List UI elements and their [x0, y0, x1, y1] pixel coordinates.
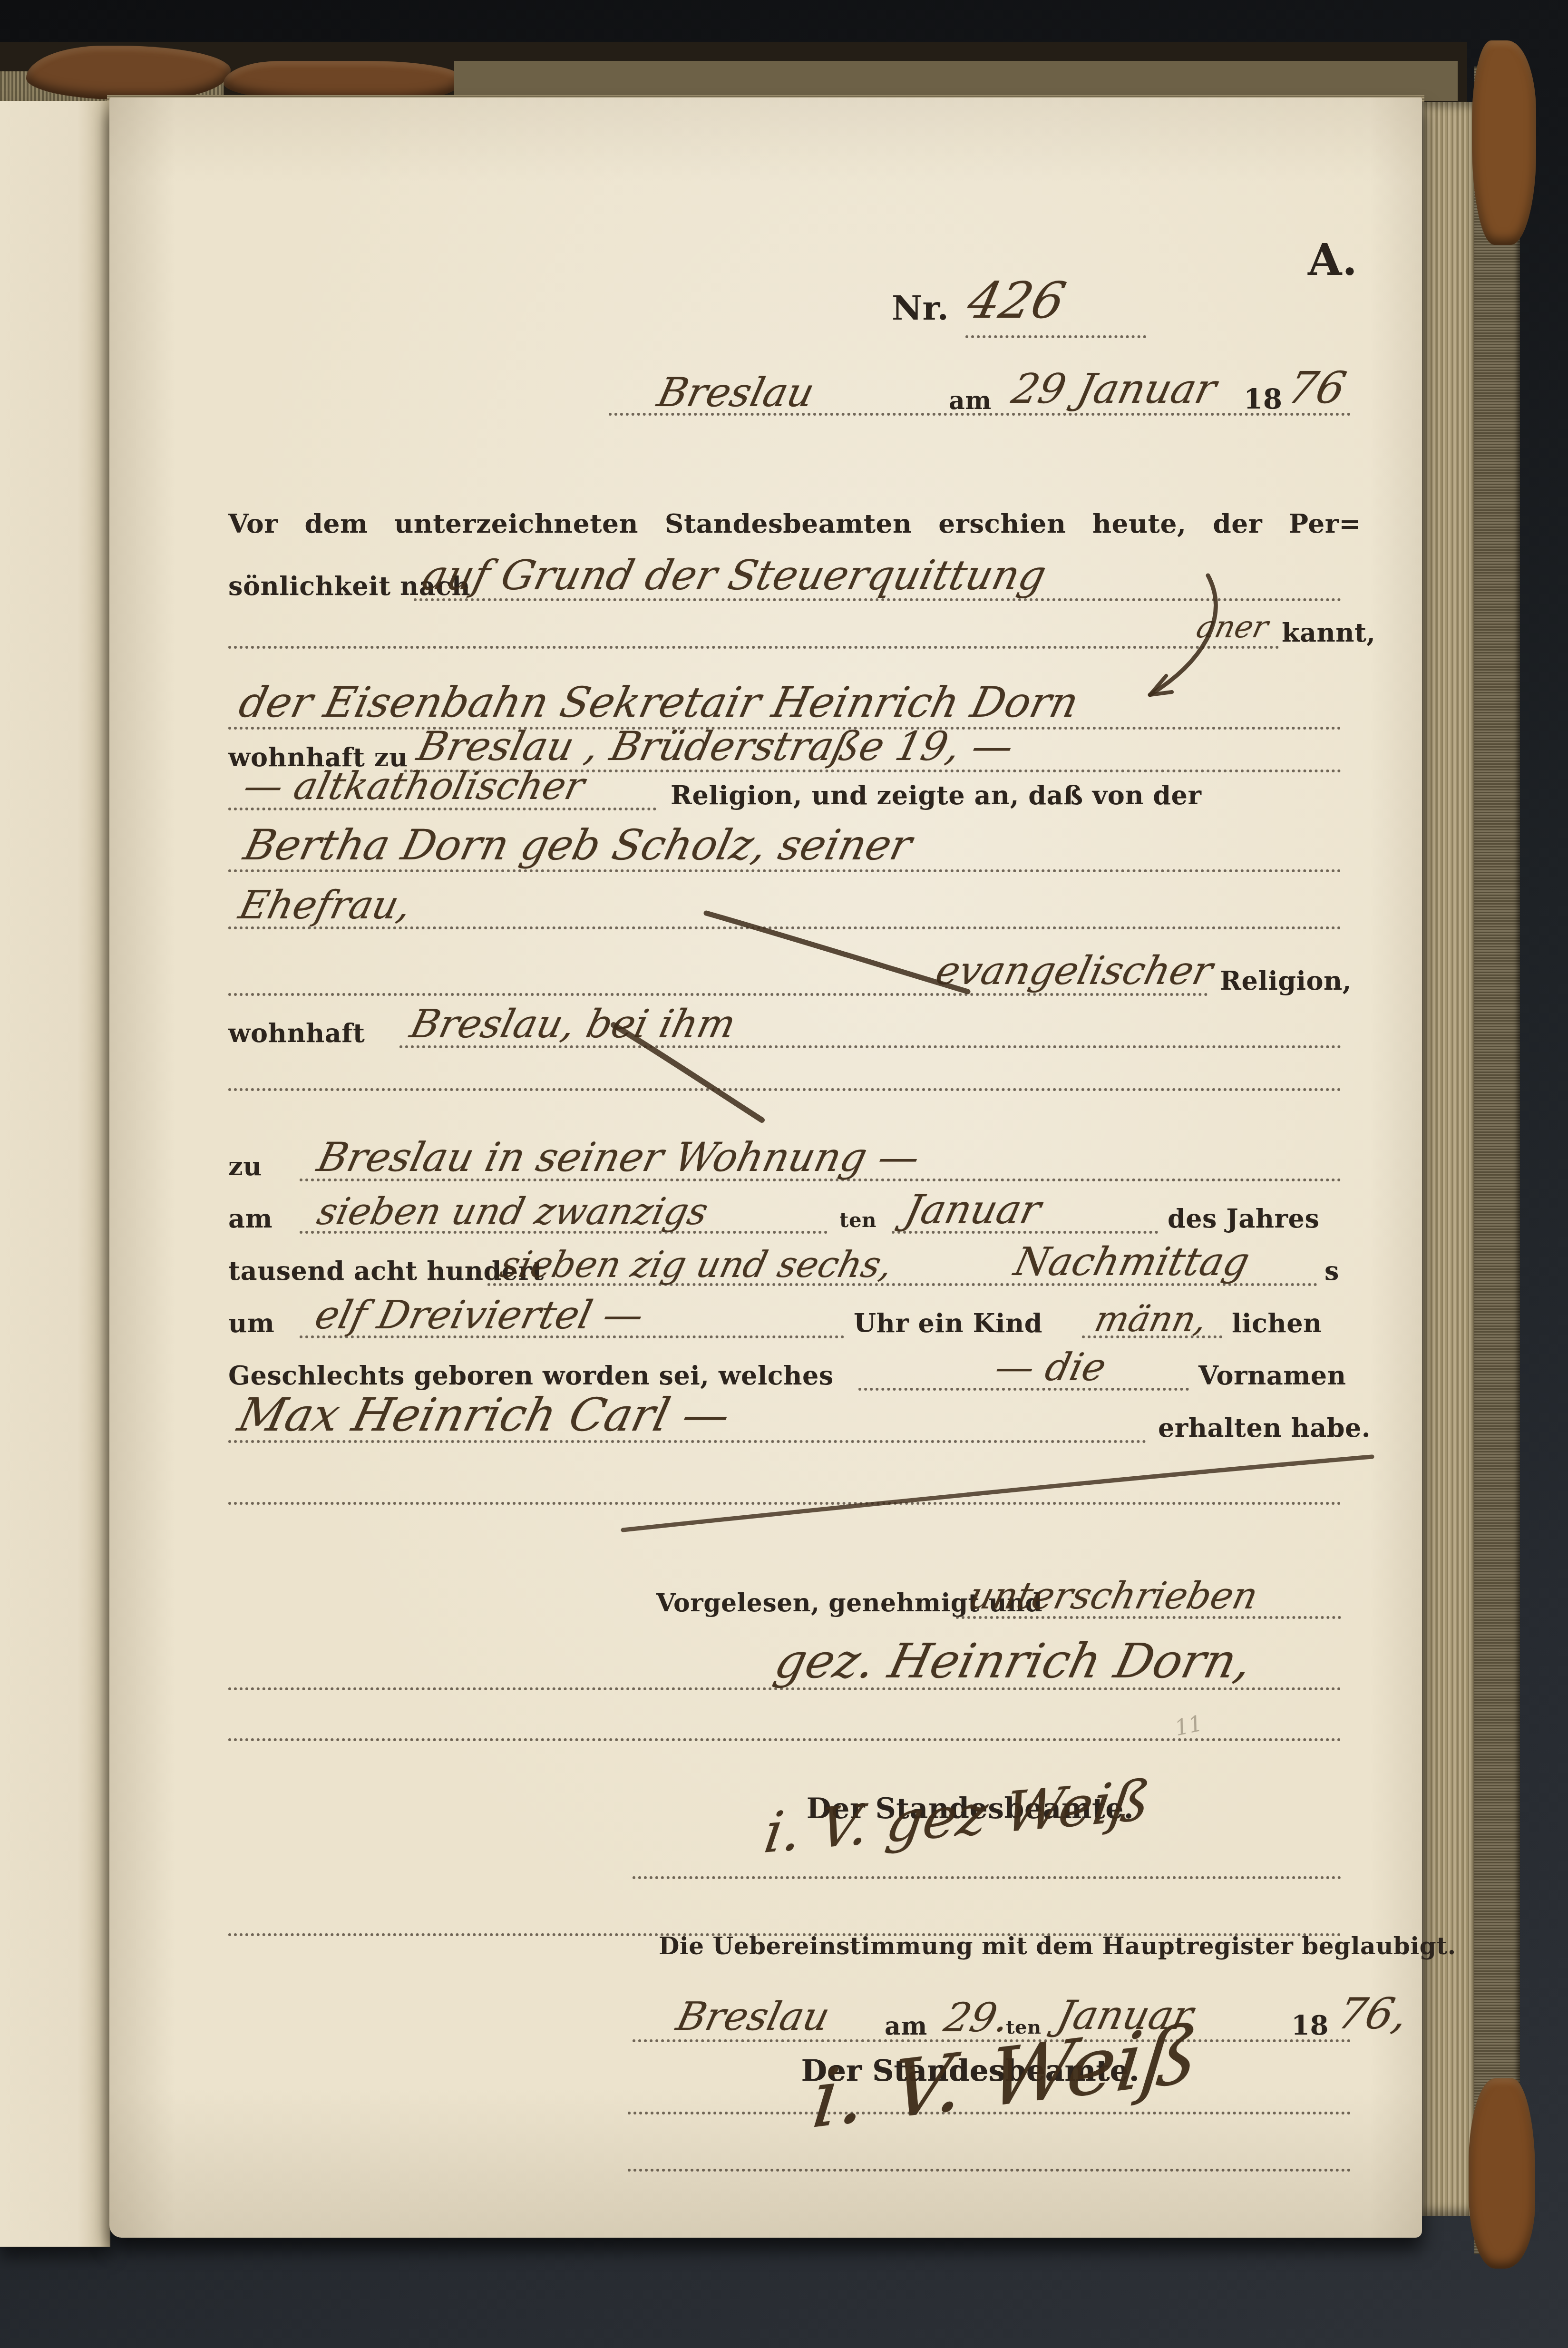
dotted-rule	[487, 1283, 1317, 1286]
dotted-rule	[228, 646, 1279, 649]
dateline-am: am	[949, 389, 992, 413]
register-page: A. Nr. 426 Breslau am 29 Januar 18 76 Vo…	[109, 97, 1422, 2238]
dotted-rule	[228, 1502, 1341, 1505]
dotted-rule	[628, 2169, 1351, 2172]
form-ten-suffix: ten	[839, 1210, 877, 1230]
dotted-rule	[1082, 1335, 1222, 1338]
registrar-signature-2: i. V. Weiß	[808, 2014, 1202, 2140]
entry-religion-father: — altkatholischer	[240, 767, 588, 805]
cover-leather-bottom-right	[1469, 2078, 1535, 2269]
pencil-note: 11	[1173, 1712, 1205, 1739]
dotted-rule	[228, 1687, 1341, 1690]
record-number-value: 426	[963, 276, 1070, 326]
leather-remnant-left	[26, 46, 231, 100]
entry-birth-hour: elf Dreiviertel —	[312, 1296, 647, 1335]
entry-identification: auf Grund der Steuerquittung	[419, 555, 1050, 596]
dateline-year-written: 76	[1284, 366, 1350, 410]
dateline-place: Breslau	[654, 372, 818, 412]
form-religion-zeigte-an: Religion, und zeigte an, daß von der	[671, 782, 1201, 808]
form-zu: zu	[228, 1153, 262, 1179]
dotted-rule	[228, 808, 656, 810]
dateline-year-printed: 18	[1244, 385, 1283, 413]
form-religion2: Religion,	[1220, 968, 1352, 994]
form-kannt: kannt,	[1282, 620, 1376, 645]
entry-birth-year: sieben zig und sechs,	[497, 1247, 896, 1283]
entry-time-of-day: Nachmittag	[1011, 1243, 1253, 1282]
dotted-rule	[228, 1088, 1341, 1091]
entry-religion-mother: evangelischer	[932, 952, 1217, 991]
entry-mother: Bertha Dorn geb Scholz, seiner	[240, 824, 915, 866]
form-s-suffix: s	[1325, 1258, 1339, 1284]
dotted-rule	[956, 1616, 1341, 1619]
form-tausend: tausend acht hundert	[228, 1258, 544, 1284]
entry-mother-residence: Breslau, bei ihm	[407, 1005, 739, 1044]
corner-letter: A.	[1308, 238, 1357, 282]
dotted-rule	[628, 2112, 1351, 2114]
form-des-jahres: des Jahres	[1168, 1206, 1319, 1231]
dotted-rule	[965, 335, 1146, 338]
form-geschlechts: Geschlechts geboren worden sei, welches	[228, 1363, 834, 1388]
dotted-rule	[892, 1231, 1158, 1234]
certification-am: am	[885, 2014, 927, 2039]
entry-die: — die	[992, 1348, 1110, 1386]
facing-page-edge	[0, 101, 110, 2247]
entry-child-names: Max Heinrich Carl —	[234, 1392, 734, 1438]
record-number-label: Nr.	[892, 292, 949, 325]
scanned-register-photo: A. Nr. 426 Breslau am 29 Januar 18 76 Vo…	[0, 0, 1568, 2348]
dotted-rule	[300, 1231, 828, 1234]
dotted-rule	[399, 1045, 1341, 1048]
dotted-rule	[300, 1179, 1341, 1181]
dateline-day-month: 29 Januar	[1008, 369, 1220, 409]
entry-sex: männ,	[1091, 1302, 1210, 1337]
entry-aner: aner	[1194, 612, 1271, 643]
form-intro-line: Vor dem unterzeichneten Standesbeamten e…	[228, 510, 1361, 536]
form-um: um	[228, 1310, 274, 1336]
entry-unterschrieben: unterschrieben	[965, 1578, 1261, 1615]
entry-ehefrau: Ehefrau,	[235, 886, 415, 925]
dotted-rule	[633, 1876, 1341, 1879]
entry-birth-day: sieben und zwanzigs	[314, 1193, 711, 1230]
dotted-rule	[858, 1388, 1189, 1391]
dotted-rule	[228, 869, 1341, 872]
signature-declarant: gez. Heinrich Dorn,	[770, 1637, 1256, 1685]
cover-leather-top-right	[1472, 40, 1536, 245]
entry-declarant: der Eisenbahn Sekretair Heinrich Dorn	[235, 682, 1082, 723]
entry-birth-month: Januar	[901, 1189, 1045, 1229]
dotted-rule	[609, 413, 1351, 416]
form-lichen: lichen	[1232, 1310, 1322, 1336]
dotted-rule	[228, 993, 1208, 996]
certification-year-printed: 18	[1291, 2012, 1329, 2039]
certification-statement: Die Uebereinstimmung mit dem Hauptregist…	[659, 1934, 1456, 1958]
certification-place: Breslau	[673, 1997, 833, 2036]
certification-year-written: 76,	[1334, 1993, 1412, 2036]
form-uhr-ein-kind: Uhr ein Kind	[854, 1310, 1042, 1336]
form-am: am	[228, 1206, 273, 1231]
entry-residence: Breslau , Brüderstraße 19, —	[414, 726, 1017, 766]
entry-birth-place: Breslau in seiner Wohnung —	[314, 1137, 924, 1177]
dotted-rule	[414, 598, 1341, 601]
form-erhalten-habe: erhalten habe.	[1158, 1415, 1371, 1441]
dotted-rule	[228, 1440, 1146, 1443]
registrar-signature: i. V. gez Weiß	[761, 1772, 1153, 1861]
book-cover-edge	[1474, 67, 1520, 2254]
dotted-rule	[300, 1335, 844, 1338]
form-vornamen: Vornamen	[1198, 1363, 1346, 1388]
dotted-rule	[228, 926, 1341, 929]
dotted-rule	[228, 1738, 1341, 1741]
page-fore-edge	[1422, 102, 1475, 2216]
form-wohnhaft: wohnhaft	[228, 1020, 365, 1046]
